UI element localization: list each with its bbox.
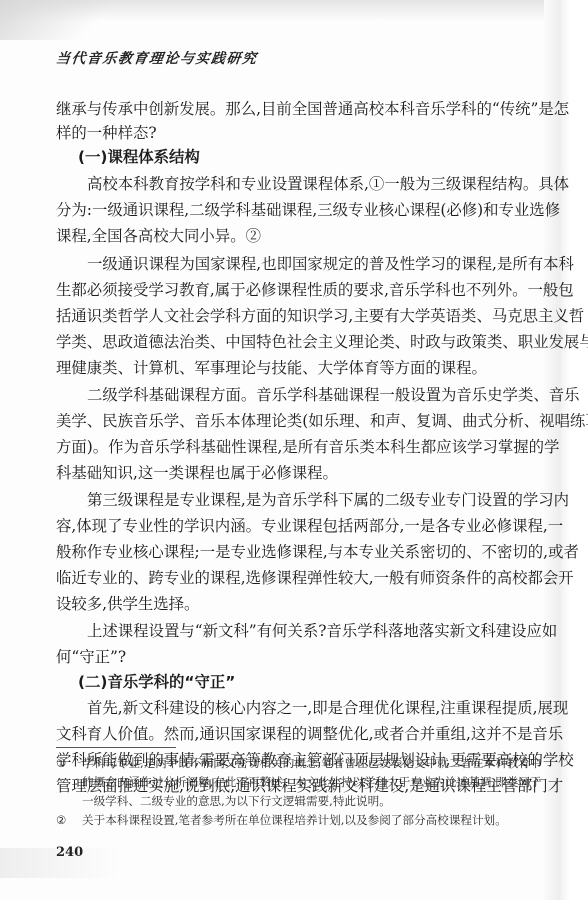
text-line: 样的一种样态? [56, 121, 534, 145]
footnote-text: 关于本科课程设置,笔者参考所在单位课程培养计划,以及参阅了部分高校课程计划。 [82, 811, 532, 829]
text-line: 首先,新文科建设的核心内容之一,即是合理优化课程,注重课程提质,展现 [56, 696, 534, 720]
text-line: 括通识类哲学人文社会学科方面的知识学习,主要有大学英语类、马克思主义哲 [56, 304, 534, 328]
text-line: 容,体现了专业性的学识内涵。专业课程包括两部分,一是各专业必修课程,一 [56, 514, 534, 538]
footnote-text: 的概念内涵作过分析阐释,在此不再赘述。本文此处持以学科大于专业为论述基调,即类同… [82, 773, 532, 791]
text-line: 第三级课程是专业课程,是为音乐学科下属的二级专业专门设置的学习内 [56, 488, 534, 512]
footnote-line: 的概念内涵作过分析阐释,在此不再赘述。本文此处持以学科大于专业为论述基调,即类同… [56, 773, 534, 791]
text-line: 学类、思政道德法治类、中国特色社会主义理论类、时政与政策类、职业发展与心 [56, 330, 534, 354]
text-line: 临近专业的、跨专业的课程,选修课程弹性较大,一般有师资条件的高校都会开 [56, 566, 534, 590]
running-head: 当代音乐教育理论与实践研究 [55, 48, 259, 68]
footnote-marker: ① [56, 754, 76, 772]
text-line: 设较多,供学生选择。 [56, 592, 534, 616]
book-page: 当代音乐教育理论与实践研究 继承与传承中创新发展。那么,目前全国普通高校本科音乐… [0, 0, 588, 900]
text-line: 上述课程设置与“新文科”有何关系?音乐学科落地落实新文科建设应如 [56, 619, 534, 643]
footnote-line: ②关于本科课程设置,笔者参考所在单位课程培养计划,以及参阅了部分高校课程计划。 [56, 811, 534, 829]
section-heading: (二)音乐学科的“守正” [56, 670, 534, 694]
text-line: 美学、民族音乐学、音乐本体理论类(如乐理、和声、复调、曲式分析、视唱练耳等 [56, 409, 534, 433]
section-heading: (一)课程体系结构 [56, 145, 534, 169]
footnote-text: 一级学科、二级专业的意思,为以下行文逻辑需要,特此说明。 [82, 792, 532, 810]
scan-corner-shadow [0, 0, 110, 40]
text-line: 生都必须接受学习教育,属于必修课程性质的要求,音乐学科也不列外。一般包 [56, 278, 534, 302]
text-line: 一级通识课程为国家课程,也即国家规定的普及性学习的课程,是所有本科 [56, 252, 534, 276]
text-line: 理健康类、计算机、军事理论与技能、大学体育等方面的课程。 [56, 356, 534, 380]
text-line: 二级学科基础课程方面。音乐学科基础课程一般设置为音乐史学类、音乐 [56, 383, 534, 407]
footnote-separator [56, 747, 176, 748]
text-line: 高校本科教育按学科和专业设置课程体系,①一般为三级课程结构。具体 [56, 172, 534, 196]
text-line: 科基础知识,这一类课程也属于必修课程。 [56, 461, 534, 485]
text-line: 何“守正”? [56, 645, 534, 669]
text-line: 分为:一级通识课程,二级学科基础课程,三级专业核心课程(必修)和专业选修 [56, 198, 534, 222]
footnote-marker: ② [56, 811, 76, 829]
text-line: 课程,全国各高校大同小异。② [56, 224, 534, 248]
footnote-line: ①学科与专业,是两个既不相同又密切相关的概念,笔者曾在已发表论文中就二者在本科教… [56, 754, 534, 772]
footnote-line: 一级学科、二级专业的意思,为以下行文逻辑需要,特此说明。 [56, 792, 534, 810]
text-line: 般称作专业核心课程;一是专业选修课程,与本专业关系密切的、不密切的,或者 [56, 540, 534, 564]
text-line: 文科育人价值。然而,通识国家课程的调整优化,或者合并重组,这并不是音乐 [56, 722, 534, 746]
footnote-text: 学科与专业,是两个既不相同又密切相关的概念,笔者曾在已发表论文中就二者在本科教育… [82, 754, 532, 772]
page-number: 240 [56, 845, 83, 860]
text-line: 继承与传承中创新发展。那么,目前全国普通高校本科音乐学科的“传统”是怎 [56, 97, 534, 121]
text-line: 方面)。作为音乐学科基础性课程,是所有音乐类本科生都应该学习掌握的学 [56, 435, 534, 459]
